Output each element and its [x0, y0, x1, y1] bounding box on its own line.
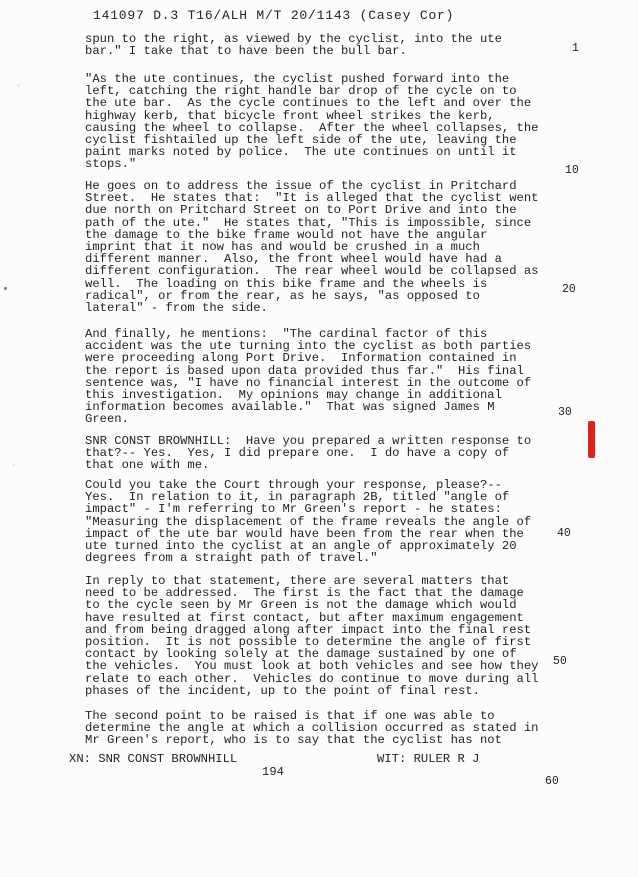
page-number: 194 [262, 765, 284, 779]
scan-artifact [12, 463, 15, 466]
transcript-paragraph: Could you take the Court through your re… [85, 479, 531, 564]
document-header: 141097 D.3 T16/ALH M/T 20/1143 (Casey Co… [93, 8, 454, 23]
transcript-paragraph: SNR CONST BROWNHILL: Have you prepared a… [85, 435, 531, 472]
transcript-paragraph: He goes on to address the issue of the c… [85, 180, 538, 314]
footer-examiner-label: XN: SNR CONST BROWNHILL [69, 752, 237, 766]
transcript-paragraph: In reply to that statement, there are se… [85, 575, 538, 697]
scan-artifact [4, 287, 7, 290]
line-number: 60 [545, 776, 559, 788]
transcript-paragraph: "As the ute continues, the cyclist pushe… [85, 73, 538, 171]
line-number: 20 [562, 284, 576, 296]
footer-witness-label: WIT: RULER R J [377, 752, 479, 766]
red-margin-mark [588, 421, 595, 458]
transcript-paragraph: And finally, he mentions: "The cardinal … [85, 328, 531, 426]
line-number: 30 [558, 407, 572, 419]
line-number: 1 [572, 43, 579, 55]
transcript-paragraph: The second point to be raised is that if… [85, 710, 538, 747]
line-number: 10 [565, 165, 579, 177]
scan-artifact [17, 84, 20, 87]
line-number: 50 [553, 656, 567, 668]
line-number: 40 [557, 528, 571, 540]
transcript-page: 141097 D.3 T16/ALH M/T 20/1143 (Casey Co… [0, 0, 638, 877]
transcript-paragraph: spun to the right, as viewed by the cycl… [85, 33, 502, 57]
